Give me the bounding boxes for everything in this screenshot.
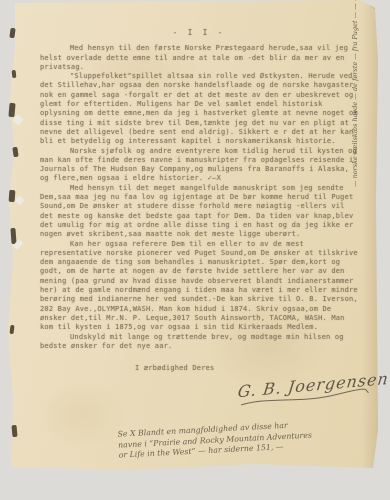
torn-edge-speck (8, 103, 15, 117)
typewritten-text-block: - I I - Med hensyn til den første Norske… (40, 28, 358, 373)
margin-note-line: — norske sæilskibs havde — (350, 93, 360, 187)
typewritten-paragraph: Norske sjøfolk og andre eventyrere kom t… (40, 147, 358, 184)
typewritten-paragraph: Med hensyn til den første Norske Præsteg… (40, 44, 358, 72)
typewritten-paragraph: Undskyld mit lange og trættende brev, og… (40, 333, 358, 352)
closing-line: I ærbødighed Deres (135, 364, 358, 373)
typewritten-paragraph: Med hensyn til det meget mangelfulde man… (40, 184, 358, 240)
typewritten-paragraph: Kan her ogsaa referere Dem til en eller … (40, 240, 358, 333)
paper-stain (37, 380, 127, 450)
page-number: - I I - (40, 28, 358, 37)
margin-note-line: — — i ældre dage — — (350, 0, 360, 1)
typewritten-paragraph: "Sluppefolket"spillet altsaa sin rolle v… (40, 72, 358, 146)
scan-background: - I I - Med hensyn til den første Norske… (0, 0, 390, 500)
margin-note-line: de første — fra Puget — — (350, 3, 360, 91)
torn-edge-speck (11, 425, 17, 437)
margin-note: — norske sæilskibs havde — de første — f… (350, 12, 386, 187)
torn-edge-speck (12, 70, 17, 78)
torn-edge-speck (9, 28, 15, 39)
